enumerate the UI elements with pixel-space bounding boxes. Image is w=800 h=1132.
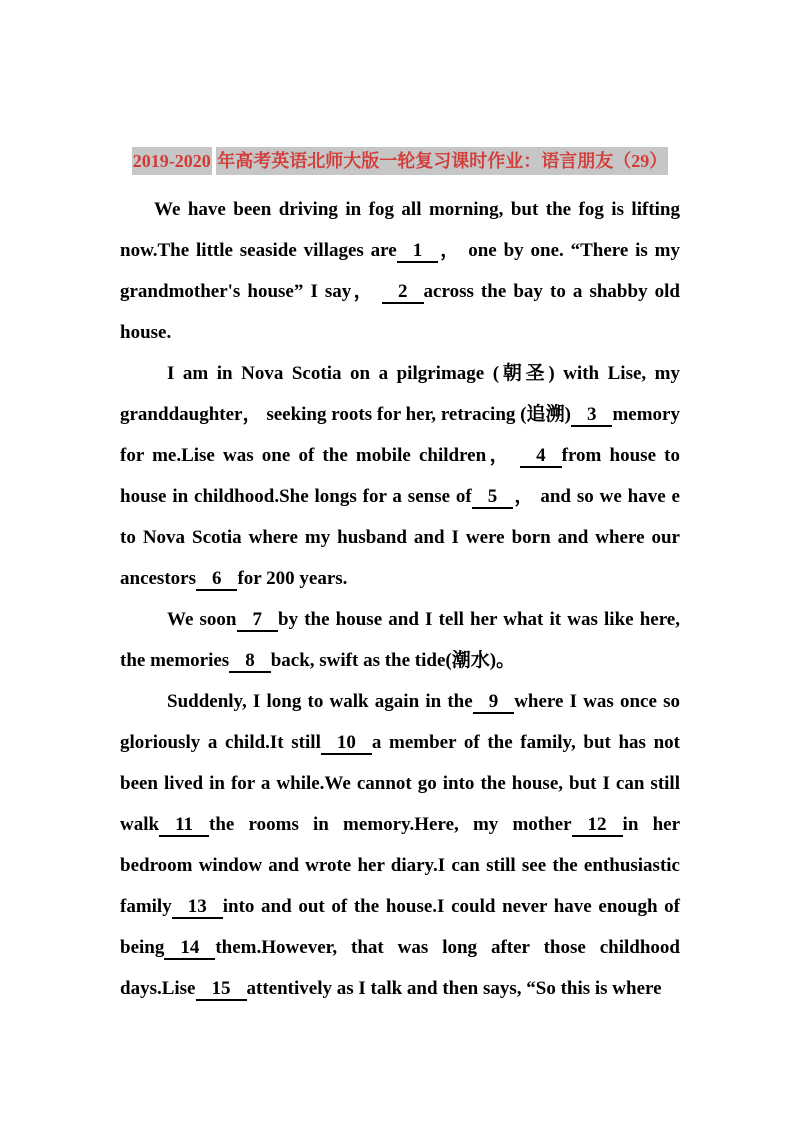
cloze-blank-15: 15 [196,978,247,1001]
cloze-blank-8: 8 [229,650,271,673]
cloze-blank-5: 5 [472,486,514,509]
cloze-blank-3: 3 [571,404,613,427]
text-run: Suddenly, I long to walk again in the [167,691,473,712]
paragraph-3: We soon7by the house and I tell her what… [120,599,680,681]
cloze-blank-4: 4 [520,445,562,468]
text-run: attentively as I talk and then says, “So… [247,978,662,999]
paragraph-1: We have been driving in fog all morning,… [120,189,680,353]
text-run: back, swift as the tide(潮水)。 [271,650,515,671]
cloze-blank-9: 9 [473,691,515,714]
cloze-blank-1: 1 [397,240,439,263]
title-main-highlight: 年高考英语北师大版一轮复习课时作业：语言朋友（29） [216,147,668,175]
text-run: for 200 years. [237,568,347,589]
title-year-highlight: 2019-2020 [132,147,212,175]
document-page: 2019-2020 年高考英语北师大版一轮复习课时作业：语言朋友（29） We … [0,0,800,1009]
cloze-blank-6: 6 [196,568,238,591]
page-title: 2019-2020 年高考英语北师大版一轮复习课时作业：语言朋友（29） [120,146,680,176]
cloze-blank-11: 11 [159,814,209,837]
cloze-blank-12: 12 [572,814,623,837]
cloze-blank-7: 7 [237,609,279,632]
cloze-blank-2: 2 [382,281,424,304]
text-run: We soon [167,609,237,630]
paragraph-4: Suddenly, I long to walk again in the9wh… [120,681,680,1009]
text-run: the rooms in memory.Here, my mother [209,814,572,835]
cloze-blank-10: 10 [321,732,372,755]
cloze-blank-13: 13 [172,896,223,919]
paragraph-2: I am in Nova Scotia on a pilgrimage (朝圣)… [120,353,680,599]
cloze-blank-14: 14 [164,937,215,960]
